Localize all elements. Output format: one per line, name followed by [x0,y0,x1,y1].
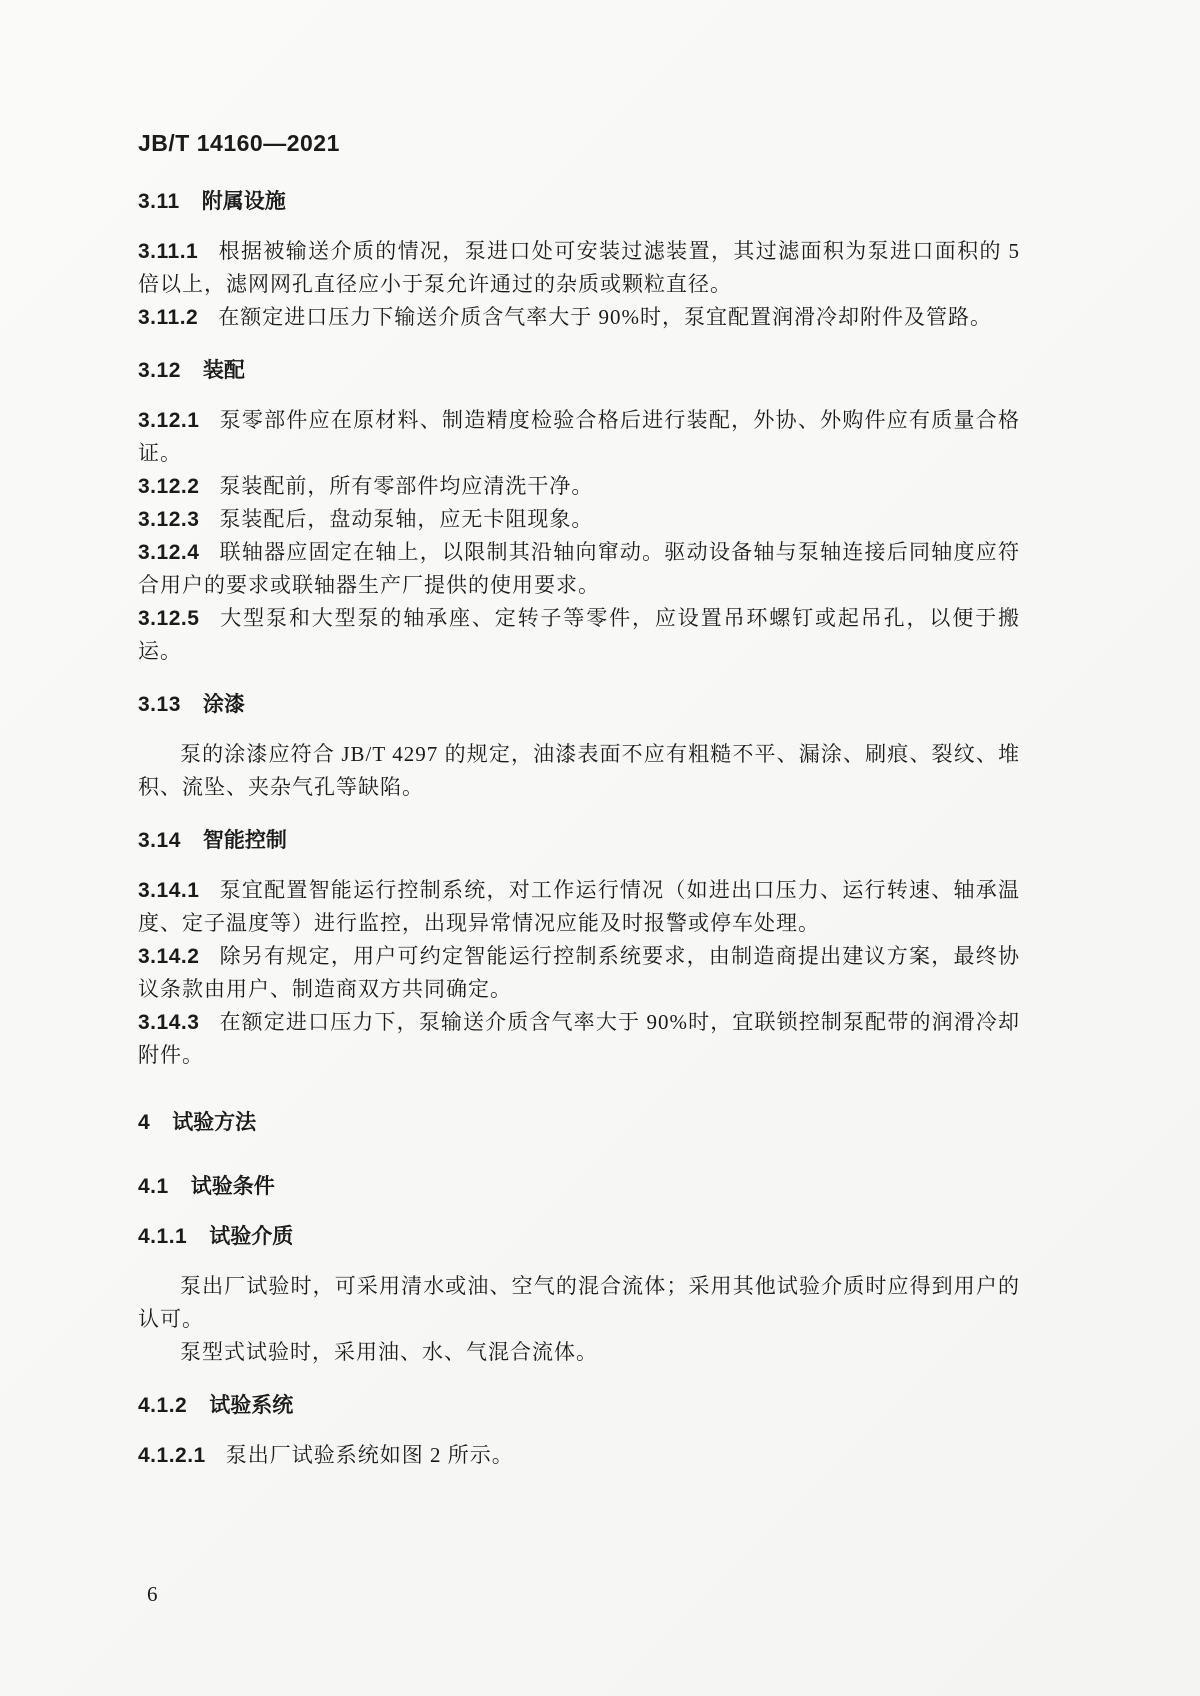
clause-text: 除另有规定，用户可约定智能运行控制系统要求，由制造商提出建议方案，最终协议条款由… [138,944,1020,1001]
paragraph-text: 泵的涂漆应符合 JB/T 4297 的规定，油漆表面不应有粗糙不平、漏涂、刷痕、… [138,742,1020,799]
clause-3-14-1: 3.14.1泵宜配置智能运行控制系统，对工作运行情况（如进出口压力、运行转速、轴… [138,874,1020,940]
clause-text: 泵零部件应在原材料、制造精度检验合格后进行装配，外协、外购件应有质量合格证。 [138,408,1020,465]
clause-3-14-2: 3.14.2除另有规定，用户可约定智能运行控制系统要求，由制造商提出建议方案，最… [138,940,1020,1006]
heading-number: 4.1.2 [138,1394,187,1417]
clause-3-12-1: 3.12.1泵零部件应在原材料、制造精度检验合格后进行装配，外协、外购件应有质量… [138,404,1020,470]
clause-text: 泵宜配置智能运行控制系统，对工作运行情况（如进出口压力、运行转速、轴承温度、定子… [138,878,1020,935]
clause-number: 3.12.4 [138,541,199,564]
heading-number: 3.12 [138,359,181,382]
standard-number: JB/T 14160—2021 [138,130,1020,157]
clause-text: 大型泵和大型泵的轴承座、定转子等零件，应设置吊环螺钉或起吊孔，以便于搬运。 [138,606,1020,663]
heading-title: 试验系统 [209,1394,293,1417]
heading-number: 3.14 [138,829,181,852]
heading-title: 装配 [203,359,245,382]
heading-title: 试验方法 [172,1111,256,1134]
page-content: JB/T 14160—2021 3.11附属设施 3.11.1根据被输送介质的情… [138,130,1020,1472]
heading-3-12: 3.12装配 [138,358,1020,384]
heading-number: 3.11 [138,190,180,213]
clause-text: 泵装配后，盘动泵轴，应无卡阻现象。 [219,507,593,531]
clause-number: 3.12.2 [138,475,199,498]
paragraph-3-13: 泵的涂漆应符合 JB/T 4297 的规定，油漆表面不应有粗糙不平、漏涂、刷痕、… [138,738,1020,804]
paragraph-text: 泵型式试验时，采用油、水、气混合流体。 [180,1340,598,1364]
clause-number: 3.14.2 [138,945,199,968]
heading-title: 智能控制 [203,829,287,852]
clause-text: 根据被输送介质的情况，泵进口处可安装过滤装置，其过滤面积为泵进口面积的 5 倍以… [138,239,1020,296]
paragraph-4-1-1-b: 泵型式试验时，采用油、水、气混合流体。 [138,1336,1020,1369]
heading-4-1-1: 4.1.1试验介质 [138,1224,1020,1250]
clause-3-14-3: 3.14.3在额定进口压力下，泵输送介质含气率大于 90%时，宜联锁控制泵配带的… [138,1006,1020,1072]
heading-3-13: 3.13涂漆 [138,692,1020,718]
heading-4-1-2: 4.1.2试验系统 [138,1393,1020,1419]
heading-4-1: 4.1试验条件 [138,1174,1020,1200]
heading-title: 试验介质 [209,1225,293,1248]
clause-number: 3.11.1 [138,240,198,263]
paragraph-text: 泵出厂试验时，可采用清水或油、空气的混合流体；采用其他试验介质时应得到用户的认可… [138,1274,1020,1331]
clause-text: 泵装配前，所有零部件均应清洗干净。 [219,474,593,498]
heading-number: 4 [138,1111,150,1134]
heading-number: 4.1 [138,1175,169,1198]
clause-text: 联轴器应固定在轴上，以限制其沿轴向窜动。驱动设备轴与泵轴连接后同轴度应符合用户的… [138,540,1020,597]
heading-number: 4.1.1 [138,1225,187,1248]
clause-3-12-2: 3.12.2泵装配前，所有零部件均应清洗干净。 [138,470,1020,503]
heading-number: 3.13 [138,693,181,716]
clause-text: 在额定进口压力下，泵输送介质含气率大于 90%时，宜联锁控制泵配带的润滑冷却附件… [138,1010,1020,1067]
heading-title: 涂漆 [203,693,245,716]
clause-text: 泵出厂试验系统如图 2 所示。 [226,1443,514,1467]
clause-3-12-4: 3.12.4联轴器应固定在轴上，以限制其沿轴向窜动。驱动设备轴与泵轴连接后同轴度… [138,536,1020,602]
clause-number: 3.12.1 [138,409,199,432]
clause-number: 3.11.2 [138,306,198,329]
page-number: 6 [147,1582,158,1607]
heading-title: 试验条件 [191,1175,275,1198]
clause-text: 在额定进口压力下输送介质含气率大于 90%时，泵宜配置润滑冷却附件及管路。 [218,305,992,329]
clause-number: 3.12.3 [138,508,199,531]
clause-number: 3.14.3 [138,1011,199,1034]
heading-title: 附属设施 [202,190,286,213]
clause-3-12-5: 3.12.5大型泵和大型泵的轴承座、定转子等零件，应设置吊环螺钉或起吊孔，以便于… [138,602,1020,668]
heading-4: 4试验方法 [138,1110,1020,1136]
clause-3-11-1: 3.11.1根据被输送介质的情况，泵进口处可安装过滤装置，其过滤面积为泵进口面积… [138,235,1020,301]
clause-3-11-2: 3.11.2在额定进口压力下输送介质含气率大于 90%时，泵宜配置润滑冷却附件及… [138,301,1020,334]
clause-number: 4.1.2.1 [138,1444,206,1467]
heading-3-14: 3.14智能控制 [138,828,1020,854]
clause-3-12-3: 3.12.3泵装配后，盘动泵轴，应无卡阻现象。 [138,503,1020,536]
clause-4-1-2-1: 4.1.2.1泵出厂试验系统如图 2 所示。 [138,1439,1020,1472]
clause-number: 3.12.5 [138,607,199,630]
paragraph-4-1-1-a: 泵出厂试验时，可采用清水或油、空气的混合流体；采用其他试验介质时应得到用户的认可… [138,1270,1020,1336]
clause-number: 3.14.1 [138,879,199,902]
heading-3-11: 3.11附属设施 [138,189,1020,215]
